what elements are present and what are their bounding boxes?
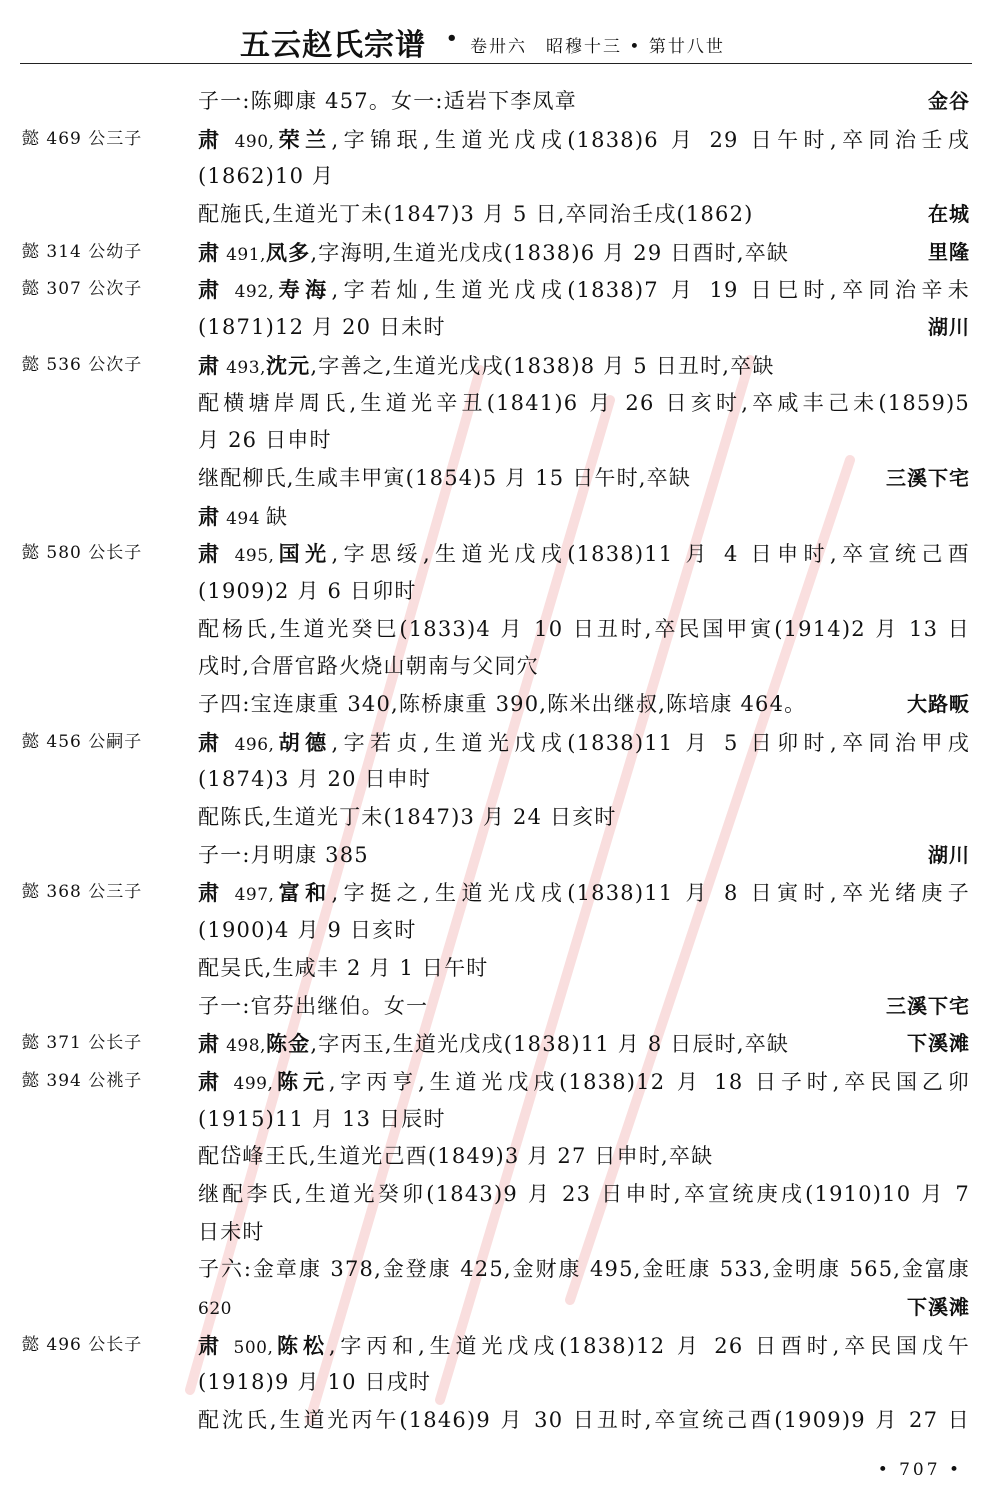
entry-details: ,字挺之,生道光戊戌(1838)11 月 8 日寅时,卒光绪庚子 [332, 881, 970, 905]
father-reference: 懿 456 公嗣子 [22, 724, 142, 762]
entry-number: 494 [220, 509, 266, 529]
entry-line: 日未时 [0, 1214, 992, 1252]
entry-number: 497, [224, 885, 274, 905]
father-reference: 懿 371 公长子 [22, 1025, 142, 1063]
generation-prefix: 肃 [198, 277, 224, 302]
entry-text: 肃 494 缺 [198, 498, 288, 539]
entry-line: 肃 494 缺 [0, 498, 992, 536]
entry-text: 子一:月明康 385 [198, 837, 369, 875]
entry-details: 子一:官芬出继伯。女一 [198, 994, 428, 1018]
entry-line: (1874)3 月 20 日申时 [0, 761, 992, 799]
entry-text: (1871)12 月 20 日未时 [198, 309, 446, 347]
header-rule [20, 63, 972, 64]
person-name: 凤多 [266, 240, 310, 265]
entry-number: 495, [224, 546, 274, 566]
entry-line: 懿 368 公三子肃 497,富和,字挺之,生道光戊戌(1838)11 月 8 … [0, 874, 992, 912]
entry-details: 缺 [266, 505, 288, 529]
entry-details: 配沈氏,生道光丙午(1846)9 月 30 日丑时,卒宣统己酉(1909)9 月… [198, 1408, 970, 1432]
father-reference: 懿 496 公长子 [22, 1327, 142, 1365]
entry-line: 配吴氏,生咸丰 2 月 1 日午时 [0, 950, 992, 988]
person-name: 沈元 [266, 353, 310, 378]
person-name: 富和 [274, 880, 331, 905]
person-name: 陈元 [273, 1069, 328, 1094]
entry-details: ,字若灿,生道光戊戌(1838)7 月 19 日巳时,卒同治辛未 [332, 278, 970, 302]
entry-line: 懿 394 公祧子肃 499,陈元,字丙亨,生道光戊戌(1838)12 月 18… [0, 1063, 992, 1101]
entry-details: 日未时 [198, 1220, 265, 1244]
entry-text: (1915)11 月 13 日辰时 [198, 1101, 446, 1139]
father-reference: 懿 307 公次子 [22, 271, 142, 309]
entry-text: (1918)9 月 10 日戌时 [198, 1364, 431, 1402]
entry-text: 配沈氏,生道光丙午(1846)9 月 30 日丑时,卒宣统己酉(1909)9 月… [198, 1402, 970, 1440]
father-reference: 懿 314 公幼子 [22, 234, 142, 272]
residence-place: 大路畈 [907, 686, 970, 724]
entry-line: 月 26 日申时 [0, 422, 992, 460]
entry-line: 懿 371 公长子肃 498,陈金,字丙玉,生道光戊戌(1838)11 月 8 … [0, 1025, 992, 1063]
generation-prefix: 肃 [198, 353, 220, 378]
entry-line: 懿 307 公次子肃 492,寿海,字若灿,生道光戊戌(1838)7 月 19 … [0, 271, 992, 309]
entry-text: 肃 490,荣兰,字锦珉,生道光戊戌(1838)6 月 29 日午时,卒同治壬戌 [198, 121, 970, 162]
title-separator: • [446, 28, 458, 49]
entry-details: ,字丙和,生道光戊戌(1838)12 月 26 日酉时,卒民国戊午 [329, 1334, 970, 1358]
generation-prefix: 肃 [198, 1031, 220, 1056]
entry-number: 498, [220, 1036, 266, 1056]
entry-details: (1862)10 月 [198, 164, 334, 188]
entry-line: 配沈氏,生道光丙午(1846)9 月 30 日丑时,卒宣统己酉(1909)9 月… [0, 1402, 992, 1440]
entry-line: 懿 469 公三子肃 490,荣兰,字锦珉,生道光戊戌(1838)6 月 29 … [0, 121, 992, 159]
entry-details: 配陈氏,生道光丁未(1847)3 月 24 日亥时 [198, 805, 617, 829]
entry-text: 肃 493,沈元,字善之,生道光戊戌(1838)8 月 5 日丑时,卒缺 [198, 347, 775, 388]
residence-place: 金谷 [928, 83, 970, 121]
entry-line: 子一:陈卿康 457。女一:适岩下李凤章金谷 [0, 83, 992, 121]
residence-place: 三溪下宅 [886, 988, 970, 1026]
entry-text: 肃 500,陈松,字丙和,生道光戊戌(1838)12 月 26 日酉时,卒民国戊… [198, 1327, 970, 1368]
father-reference: 懿 469 公三子 [22, 121, 142, 159]
residence-place: 在城 [928, 196, 970, 234]
entry-text: 肃 492,寿海,字若灿,生道光戊戌(1838)7 月 19 日巳时,卒同治辛未 [198, 271, 970, 312]
entry-text: 配吴氏,生咸丰 2 月 1 日午时 [198, 950, 489, 988]
entry-details: (1874)3 月 20 日申时 [198, 767, 431, 791]
entry-number: 491, [220, 245, 266, 265]
entry-details: ,字锦珉,生道光戊戌(1838)6 月 29 日午时,卒同治壬戌 [332, 128, 970, 152]
entry-number: 500, [224, 1338, 273, 1358]
entry-details: (1900)4 月 9 日亥时 [198, 918, 417, 942]
section-subtitle: 卷卅六 昭穆十三 • 第廿八世 [470, 32, 725, 57]
entry-text: 月 26 日申时 [198, 422, 332, 460]
generation-prefix: 肃 [198, 240, 220, 265]
page-header: 五云赵氏宗谱 • 卷卅六 昭穆十三 • 第廿八世 [0, 0, 992, 64]
residence-place: 里隆 [928, 234, 970, 272]
father-reference: 懿 536 公次子 [22, 347, 142, 385]
person-name: 国光 [274, 541, 331, 566]
entry-line: 懿 314 公幼子肃 491,凤多,字海明,生道光戊戌(1838)6 月 29 … [0, 234, 992, 272]
entry-text: 肃 495,国光,字思绥,生道光戊戌(1838)11 月 4 日申时,卒宣统己酉 [198, 535, 970, 576]
person-name: 陈松 [273, 1333, 328, 1358]
entry-text: (1900)4 月 9 日亥时 [198, 912, 417, 950]
entry-details: 配杨氏,生道光癸巳(1833)4 月 10 日丑时,卒民国甲寅(1914)2 月… [198, 617, 970, 641]
entry-text: 肃 491,凤多,字海明,生道光戊戌(1838)6 月 29 日酉时,卒缺 [198, 234, 789, 275]
father-reference: 懿 580 公长子 [22, 535, 142, 573]
entry-details: ,字丙亨,生道光戊戌(1838)12 月 18 日子时,卒民国乙卯 [329, 1070, 970, 1094]
entry-text: 肃 497,富和,字挺之,生道光戊戌(1838)11 月 8 日寅时,卒光绪庚子 [198, 874, 970, 915]
entry-line: 配横塘岸周氏,生道光辛丑(1841)6 月 26 日亥时,卒咸丰己未(1859)… [0, 385, 992, 423]
entry-details: 月 26 日申时 [198, 428, 332, 452]
entry-line: (1900)4 月 9 日亥时 [0, 912, 992, 950]
entry-number: 492, [224, 282, 274, 302]
residence-place: 下溪滩 [907, 1289, 970, 1327]
father-reference: 懿 394 公祧子 [22, 1063, 142, 1101]
entry-line: 620下溪滩 [0, 1289, 992, 1327]
generation-prefix: 肃 [198, 504, 220, 529]
generation-prefix: 肃 [198, 127, 224, 152]
entry-line: 配杨氏,生道光癸巳(1833)4 月 10 日丑时,卒民国甲寅(1914)2 月… [0, 611, 992, 649]
entry-number: 496, [224, 735, 274, 755]
entry-text: 子六:金章康 378,金登康 425,金财康 495,金旺康 533,金明康 5… [198, 1251, 970, 1289]
entry-line: 懿 456 公嗣子肃 496,胡德,字若贞,生道光戊戌(1838)11 月 5 … [0, 724, 992, 762]
entry-line: 子一:月明康 385湖川 [0, 837, 992, 875]
entry-line: (1918)9 月 10 日戌时 [0, 1364, 992, 1402]
entry-details: 子四:宝连康重 340,陈桥康重 390,陈米出继叔,陈培康 464。 [198, 692, 806, 716]
entry-details: 配横塘岸周氏,生道光辛丑(1841)6 月 26 日亥时,卒咸丰己未(1859)… [198, 391, 970, 415]
entry-line: (1862)10 月 [0, 158, 992, 196]
entry-line: 配陈氏,生道光丁未(1847)3 月 24 日亥时 [0, 799, 992, 837]
entry-details: 子一:陈卿康 457。女一:适岩下李凤章 [198, 89, 577, 113]
entry-details: 620 [198, 1299, 232, 1319]
entry-text: 子一:官芬出继伯。女一 [198, 988, 428, 1026]
entry-text: 配陈氏,生道光丁未(1847)3 月 24 日亥时 [198, 799, 617, 837]
entry-line: 配施氏,生道光丁未(1847)3 月 5 日,卒同治壬戌(1862)在城 [0, 196, 992, 234]
entry-number: 499, [224, 1074, 273, 1094]
residence-place: 三溪下宅 [886, 460, 970, 498]
entry-line: 配岱峰王氏,生道光己酉(1849)3 月 27 日申时,卒缺 [0, 1138, 992, 1176]
father-reference: 懿 368 公三子 [22, 874, 142, 912]
entry-line: 懿 536 公次子肃 493,沈元,字善之,生道光戊戌(1838)8 月 5 日… [0, 347, 992, 385]
page-number: • 707 • [878, 1460, 962, 1480]
generation-prefix: 肃 [198, 1333, 224, 1358]
entry-details: 配吴氏,生咸丰 2 月 1 日午时 [198, 956, 489, 980]
person-name: 陈金 [266, 1031, 310, 1056]
entry-text: 肃 496,胡德,字若贞,生道光戊戌(1838)11 月 5 日卯时,卒同治甲戌 [198, 724, 970, 765]
entry-details: 继配李氏,生道光癸卯(1843)9 月 23 日申时,卒宣统庚戌(1910)10… [198, 1182, 970, 1206]
entry-line: 懿 496 公长子肃 500,陈松,字丙和,生道光戊戌(1838)12 月 26… [0, 1327, 992, 1365]
entry-details: (1909)2 月 6 日卯时 [198, 579, 417, 603]
entry-number: 493, [220, 358, 266, 378]
entry-text: 日未时 [198, 1214, 265, 1252]
entry-line: 子六:金章康 378,金登康 425,金财康 495,金旺康 533,金明康 5… [0, 1251, 992, 1289]
generation-prefix: 肃 [198, 541, 224, 566]
entry-details: ,字若贞,生道光戊戌(1838)11 月 5 日卯时,卒同治甲戌 [332, 731, 970, 755]
entry-text: 配施氏,生道光丁未(1847)3 月 5 日,卒同治壬戌(1862) [198, 196, 754, 234]
entry-line: 懿 580 公长子肃 495,国光,字思绥,生道光戊戌(1838)11 月 4 … [0, 535, 992, 573]
entry-details: ,字善之,生道光戊戌(1838)8 月 5 日丑时,卒缺 [310, 354, 774, 378]
entry-text: (1862)10 月 [198, 158, 334, 196]
entry-text: 配横塘岸周氏,生道光辛丑(1841)6 月 26 日亥时,卒咸丰己未(1859)… [198, 385, 970, 423]
entry-text: (1874)3 月 20 日申时 [198, 761, 431, 799]
entry-details: (1871)12 月 20 日未时 [198, 315, 446, 339]
entry-text: 戌时,合厝官路火烧山朝南与父同穴 [198, 648, 539, 686]
entry-details: 子六:金章康 378,金登康 425,金财康 495,金旺康 533,金明康 5… [198, 1257, 970, 1281]
entry-text: 肃 498,陈金,字丙玉,生道光戊戌(1838)11 月 8 日辰时,卒缺 [198, 1025, 789, 1066]
genealogy-entries: 子一:陈卿康 457。女一:适岩下李凤章金谷懿 469 公三子肃 490,荣兰,… [0, 83, 992, 1440]
entry-line: 继配柳氏,生咸丰甲寅(1854)5 月 15 日午时,卒缺三溪下宅 [0, 460, 992, 498]
entry-text: 配杨氏,生道光癸巳(1833)4 月 10 日丑时,卒民国甲寅(1914)2 月… [198, 611, 970, 649]
entry-line: 戌时,合厝官路火烧山朝南与父同穴 [0, 648, 992, 686]
entry-line: (1909)2 月 6 日卯时 [0, 573, 992, 611]
entry-details: 戌时,合厝官路火烧山朝南与父同穴 [198, 654, 539, 678]
entry-line: 继配李氏,生道光癸卯(1843)9 月 23 日申时,卒宣统庚戌(1910)10… [0, 1176, 992, 1214]
entry-number: 490, [224, 132, 274, 152]
book-title: 五云赵氏宗谱 [240, 20, 426, 64]
entry-text: 继配李氏,生道光癸卯(1843)9 月 23 日申时,卒宣统庚戌(1910)10… [198, 1176, 970, 1214]
entry-details: ,字丙玉,生道光戊戌(1838)11 月 8 日辰时,卒缺 [310, 1032, 789, 1056]
entry-text: (1909)2 月 6 日卯时 [198, 573, 417, 611]
entry-line: (1871)12 月 20 日未时湖川 [0, 309, 992, 347]
entry-details: (1918)9 月 10 日戌时 [198, 1370, 431, 1394]
entry-details: 子一:月明康 385 [198, 843, 369, 867]
residence-place: 下溪滩 [907, 1025, 970, 1063]
person-name: 荣兰 [274, 127, 331, 152]
residence-place: 湖川 [928, 837, 970, 875]
entry-text: 子一:陈卿康 457。女一:适岩下李凤章 [198, 83, 577, 121]
person-name: 寿海 [274, 277, 331, 302]
entry-details: ,字思绥,生道光戊戌(1838)11 月 4 日申时,卒宣统己酉 [332, 542, 970, 566]
generation-prefix: 肃 [198, 1069, 224, 1094]
entry-line: 子四:宝连康重 340,陈桥康重 390,陈米出继叔,陈培康 464。大路畈 [0, 686, 992, 724]
residence-place: 湖川 [928, 309, 970, 347]
entry-line: 子一:官芬出继伯。女一三溪下宅 [0, 988, 992, 1026]
entry-text: 配岱峰王氏,生道光己酉(1849)3 月 27 日申时,卒缺 [198, 1138, 713, 1176]
entry-text: 子四:宝连康重 340,陈桥康重 390,陈米出继叔,陈培康 464。 [198, 686, 806, 724]
generation-prefix: 肃 [198, 880, 224, 905]
entry-details: (1915)11 月 13 日辰时 [198, 1107, 446, 1131]
entry-details: ,字海明,生道光戊戌(1838)6 月 29 日酉时,卒缺 [310, 241, 789, 265]
generation-prefix: 肃 [198, 730, 224, 755]
entry-text: 继配柳氏,生咸丰甲寅(1854)5 月 15 日午时,卒缺 [198, 460, 691, 498]
entry-text: 肃 499,陈元,字丙亨,生道光戊戌(1838)12 月 18 日子时,卒民国乙… [198, 1063, 970, 1104]
entry-text: 620 [198, 1289, 232, 1329]
entry-details: 配施氏,生道光丁未(1847)3 月 5 日,卒同治壬戌(1862) [198, 202, 754, 226]
entry-details: 配岱峰王氏,生道光己酉(1849)3 月 27 日申时,卒缺 [198, 1144, 713, 1168]
entry-line: (1915)11 月 13 日辰时 [0, 1101, 992, 1139]
entry-details: 继配柳氏,生咸丰甲寅(1854)5 月 15 日午时,卒缺 [198, 466, 691, 490]
person-name: 胡德 [274, 730, 331, 755]
